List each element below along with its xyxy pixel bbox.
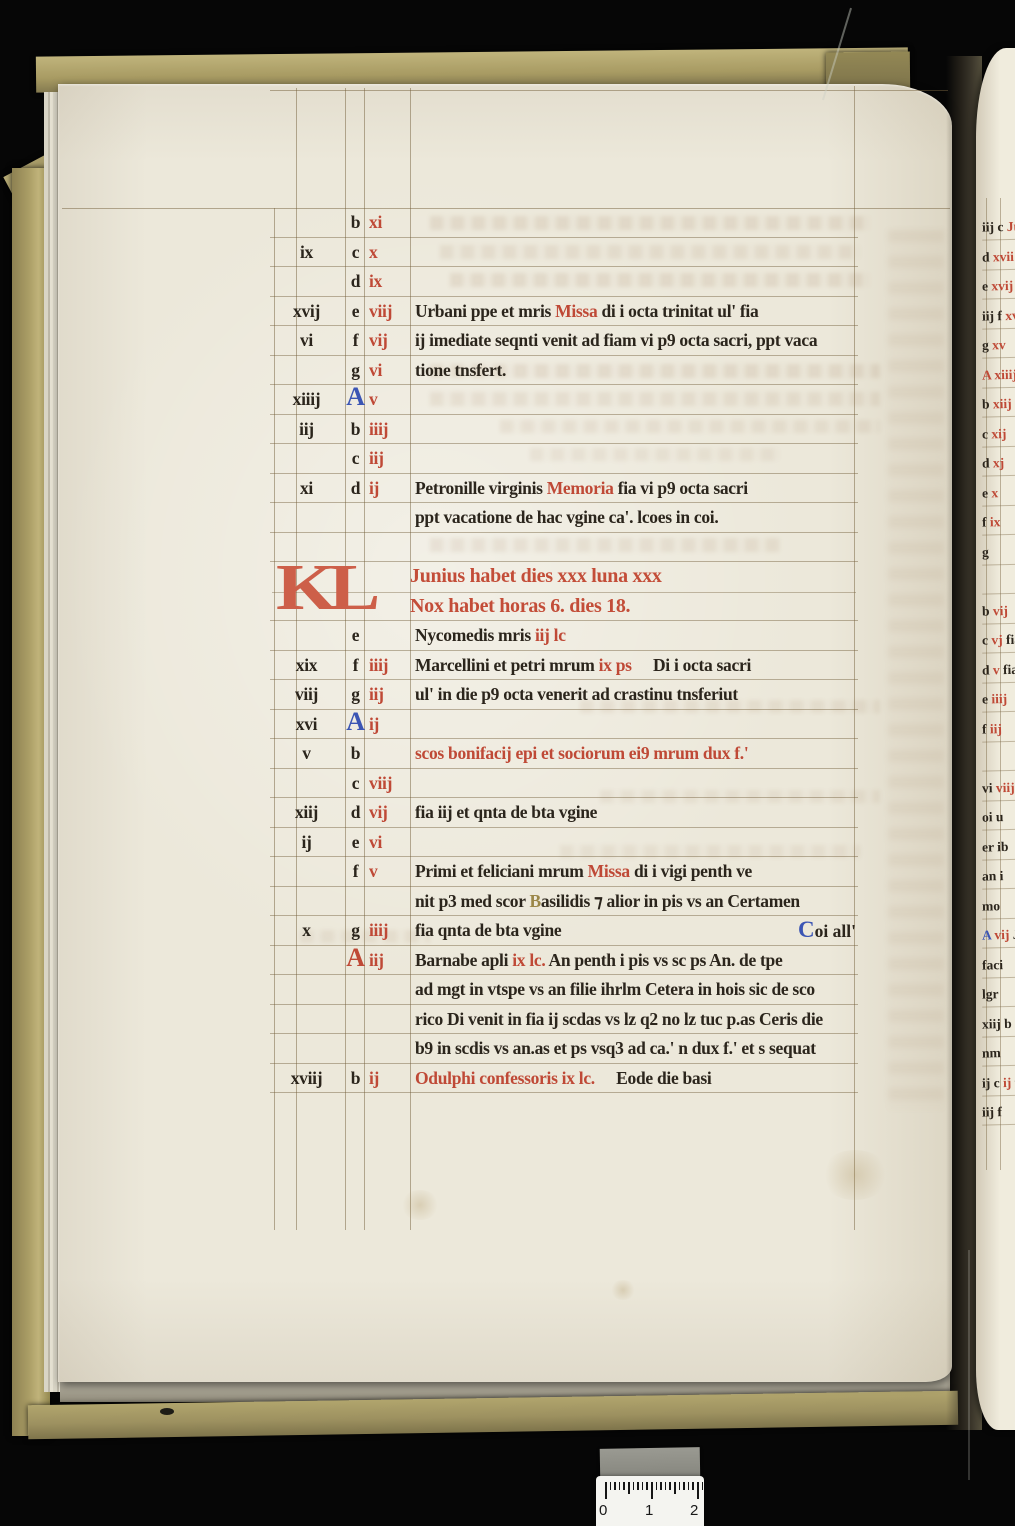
ruler-tick [665,1482,667,1490]
golden-number: v [268,739,345,767]
calendar-text-segment: viij Ma [996,779,1015,795]
calendar-text-segment: oi all' [815,921,856,941]
calendar-text-segment: iij [990,721,1002,736]
ruler-tick [669,1482,671,1490]
calendar-text-segment: Barnabe apli [415,950,512,970]
calendar-row: ciij [268,444,882,474]
dominical-letter: c [345,444,366,472]
dominical-letter: e [345,297,366,325]
dominical-letter: d [345,474,366,502]
calendar-row: xidijPetronille virginis Memoria fia vi … [268,474,882,504]
dominical-letter: d [345,798,366,826]
calendar-text-segment: xj [993,455,1005,470]
calendar-text-segment: B [529,891,540,911]
calendar-text-segment: Petronille virginis [415,478,547,498]
ruler-tick [628,1482,630,1494]
calendar-entry-text: fia iij et qnta de bta vgine [413,798,882,826]
calendar-row: xiijdvijfia iij et qnta de bta vgine [268,798,882,828]
calendar-row: viijgiijul' in die p9 octa venerit ad cr… [268,680,882,710]
calendar-text-segment: xvij [991,278,1013,293]
dominical-letter: c [345,238,366,266]
calendar-row: xviAij [268,710,882,740]
calendar-entry-text: Barnabe apli ix lc. An penth i pis vs sc… [413,946,882,974]
parchment-stain [610,1280,636,1300]
golden-number: vi [268,326,345,354]
kl-heading-row: KLJunius habet dies xxx luna xxxNox habe… [268,562,882,621]
facing-page-row-fragment: vi viij Ma [982,772,1015,803]
calendar-text-segment: ix [990,514,1001,529]
ruler-tick [610,1482,612,1490]
golden-number: ix [268,238,345,266]
calendar-text-segment: fia [999,661,1015,676]
dark-speck [160,1408,174,1415]
month-heading: Junius habet dies xxx luna xxxNox habet … [410,562,662,621]
calendar-text-segment: xiij [993,396,1012,411]
ruler-label-1: 1 [645,1502,653,1519]
ruler-tick [619,1482,621,1490]
facing-page-row-fragment: b xiij [982,388,1015,419]
facing-page-row-fragment: lgr [982,978,1015,1009]
golden-number: iij [268,415,345,443]
calendar-text-segment: faci [982,957,1003,972]
facing-page-row-fragment: A xiiij [982,359,1015,390]
calendar-text-segment: A [982,927,995,942]
dominical-letter: b [345,415,366,443]
dominical-letter: c [345,769,366,797]
ruler-tick [679,1482,681,1490]
calendar-text-segment: xvi [1005,307,1015,322]
calendar-row: nit p3 med scor Basilidis ⁊ alior in pis… [268,887,882,917]
calendar-text-segment: ij imediate seqnti venit ad fiam vi p9 o… [415,330,817,350]
calendar-row: gvitione tnsfert. [268,356,882,386]
ruler-tick [683,1482,685,1490]
ruler-tick [660,1482,662,1490]
dominical-letter: f [345,857,366,885]
calendar-text-segment: fia [1002,632,1015,647]
calendar-entry-text: ij imediate seqnti venit ad fiam vi p9 o… [413,326,882,354]
calendar-text-segment: xv [992,337,1006,352]
calendar-text-segment: ppt vacatione de hac vgine ca'. lcoes in… [415,507,718,527]
roman-day-numeral: vi [366,356,413,384]
dominical-letter: A [345,385,366,409]
facing-page-row-fragment: an i [982,860,1015,891]
calendar-text-segment: Missa [588,861,634,881]
dominical-letter: f [345,326,366,354]
calendar-text-segment: nit p3 med scor [415,891,529,911]
facing-page-row-fragment: f iij [982,713,1015,744]
ruler-ticks [605,1482,703,1502]
calendar-text-segment: asilidis ⁊ alior in pis vs an Certamen [541,891,800,911]
facing-page-row-fragment: A vij Joh [982,919,1015,950]
calendar-text-segment: an i [982,868,1004,883]
photograph-canvas: bxiixcxdixxvijeviijUrbani ppe et mris Mi… [0,0,1015,1526]
facing-page-row-fragment: er ib [982,831,1015,862]
calendar-text-segment: xiij b [982,1015,1015,1031]
calendar-text-segment: Eode die basi [595,1068,712,1088]
calendar-text-segment: vij [994,927,1013,942]
calendar-text-segment: vj [991,632,1003,647]
calendar-row: dix [268,267,882,297]
calendar-text-segment: d [982,249,993,264]
calendar-row: iijbiiij [268,415,882,445]
calendar-text-segment: Odulphi confessoris ix lc. [415,1068,595,1088]
calendar-text-segment: nm [982,1045,1001,1060]
facing-page-row-fragment: xiij b vi Joh [982,1008,1015,1039]
calendar-text-segment: C [798,917,815,942]
roman-day-numeral: ij [366,474,413,502]
calendar-row: bxi [268,208,882,238]
show-through-column [888,230,944,1110]
calendar-row: cviij [268,769,882,799]
calendar-entry-text: Nycomedis mris iij lc [413,621,882,649]
facing-page-row-fragment: mo [982,890,1015,921]
ruling-line [270,90,948,91]
ruler-label-0: 0 [599,1502,607,1519]
calendar-text-segment: xij [991,426,1006,441]
calendar-text-segment: er ib [982,839,1009,855]
facing-page-row-fragment: g xv [982,329,1015,360]
calendar-text-segment: fia iij et qnta de bta vgine [415,802,597,822]
calendar-row: xvijeviijUrbani ppe et mris Missa di i o… [268,297,882,327]
calendar-text-segment: An penth i pis vs sc ps An. de tpe [549,950,783,970]
dominical-letter: g [345,356,366,384]
ruler-tick [702,1482,704,1490]
dominical-letter: b [345,739,366,767]
calendar-row: ixcx [268,238,882,268]
calendar-text-segment: b9 in scdis vs an.as et ps vsq3 ad ca.' … [415,1038,816,1058]
facing-page-row-fragment: iij f xvi [982,300,1015,331]
calendar-text-segment: oi u [982,809,1004,824]
calendar-text-segment: A xiiij [982,366,1015,382]
calendar-text-segment: iij lc [535,625,566,645]
roman-day-numeral: v [366,857,413,885]
calendar-row: xiiijAv [268,385,882,415]
calendar-entry-text: Marcellini et petri mrum ix ps Di i octa… [413,651,882,679]
roman-day-numeral: viij [366,297,413,325]
dominical-letter: b [345,208,366,236]
golden-number: ij [268,828,345,856]
calendar-text-segment: di i vigi penth ve [634,861,752,881]
ruler-tick [637,1482,639,1490]
calendar-text-segment: fia qnta de bta vgine [415,920,561,940]
calendar-text-segment: ix ps [599,655,632,675]
calendar-text-segment: di i octa trinitat ul' fia [601,301,758,321]
calendar-text-segment: iij c [982,219,1007,235]
ruler-tick [697,1482,699,1499]
roman-day-numeral: iij [366,444,413,472]
kl-initial: KL [276,559,372,617]
calendar-text-segment: iiij [991,691,1007,706]
roman-day-numeral: vij [366,326,413,354]
right-margin-note: Coi all' [798,916,856,945]
calendar-text-segment: d [982,662,993,677]
calendar-row: xviijbijOdulphi confessoris ix lc. Eode … [268,1064,882,1094]
calendar-row: ijevi [268,828,882,858]
facing-page-row-fragment: iij c Ju [982,211,1015,242]
dominical-letter: f [345,651,366,679]
calendar-text-segment: rico Di venit in fia ij scdas vs lz q2 n… [415,1009,823,1029]
facing-page-calendar-fragments: iij c Jud xviie xvijiij f xvig xvA xiiij… [982,212,1015,1127]
dominical-letter: d [345,267,366,295]
ruler-label-2: 2 [690,1502,698,1519]
calendar-entry-text: tione tnsfert. [413,356,882,384]
ruler-tick [623,1482,625,1490]
roman-day-numeral: v [366,385,413,413]
ruler-tick [633,1482,635,1490]
roman-day-numeral: iiij [366,651,413,679]
calendar-text-segment: xvii [993,248,1014,263]
dominical-letter: b [345,1064,366,1092]
roman-day-numeral: iij [366,946,413,974]
golden-number: x [268,916,345,944]
golden-number: xix [268,651,345,679]
calendar-entry-text: Odulphi confessoris ix lc. Eode die basi [413,1064,882,1092]
roman-day-numeral: iiij [366,415,413,443]
calendar-text-segment: Ju [1007,219,1015,234]
calendar-text-segment: tione tnsfert. [415,360,506,380]
dominical-letter: A [345,710,366,734]
calendar-row: ppt vacatione de hac vgine ca'. lcoes in… [268,503,882,533]
facing-page-row-fragment: d v fia [982,654,1015,685]
calendar-text-segment: b [982,603,993,618]
calendar-table: bxiixcxdixxvijeviijUrbani ppe et mris Mi… [268,208,882,1093]
facing-page-row-fragment: e x [982,477,1015,508]
roman-day-numeral: xi [366,208,413,236]
roman-day-numeral: x [366,238,413,266]
month-heading-line: Nox habet horas 6. dies 18. [410,592,662,622]
ruler-tick [642,1482,644,1490]
facing-page-row-fragment: d xj [982,447,1015,478]
ruler-body: 0 1 2 [596,1476,704,1526]
facing-page-row-fragment [982,565,1015,596]
dominical-letter: g [345,680,366,708]
ruler-tick [651,1482,653,1499]
calendar-entry-text: nit p3 med scor Basilidis ⁊ alior in pis… [413,887,882,915]
golden-number: xiiij [268,385,345,413]
calendar-entry-text: rico Di venit in fia ij scdas vs lz q2 n… [413,1005,882,1033]
mounting-thread [968,1250,970,1480]
golden-number: xvij [268,297,345,325]
calendar-entry-text: b9 in scdis vs an.as et ps vsq3 ad ca.' … [413,1034,882,1062]
calendar-text-segment: Marcellini et petri mrum [415,655,599,675]
calendar-text-segment: Primi et feliciani mrum [415,861,588,881]
golden-number: viij [268,680,345,708]
calendar-text-segment: iij f [982,1104,1002,1119]
calendar-entry-text: ad mgt in vtspe vs an filie ihrlm Cetera… [413,975,882,1003]
facing-page-row-fragment: iij f [982,1096,1015,1127]
facing-page-row-fragment: faci [982,949,1015,980]
calendar-text-segment: fia vi p9 octa sacri [618,478,748,498]
scale-ruler: 0 1 2 [596,1446,714,1526]
roman-day-numeral: ix [366,267,413,295]
roman-day-numeral: vi [366,828,413,856]
calendar-entry-text: ppt vacatione de hac vgine ca'. lcoes in… [413,503,882,531]
dominical-letter: e [345,828,366,856]
calendar-entry-text: ul' in die p9 octa venerit ad crastinu t… [413,680,882,708]
ruler-tick [605,1482,607,1499]
facing-page-edge: iij c Jud xviie xvijiij f xvig xvA xiiij… [976,48,1015,1430]
facing-page-row-fragment: oi u [982,801,1015,832]
calendar-row: rico Di venit in fia ij scdas vs lz q2 n… [268,1005,882,1035]
parchment-stain [820,1150,890,1200]
roman-day-numeral: vij [366,798,413,826]
calendar-text-segment: g [982,337,992,352]
calendar-text-segment: vij [993,603,1008,618]
calendar-entry-text: scos bonifacij epi et sociorum ei9 mrum … [413,739,882,767]
facing-page-row-fragment: e iiij [982,683,1015,714]
calendar-text-segment: d [982,455,993,470]
calendar-text-segment: ij c [982,1075,1003,1090]
facing-page-row-fragment: b vij [982,595,1015,626]
calendar-text-segment: b [982,396,993,411]
calendar-row: eNycomedis mris iij lc [268,621,882,651]
calendar-entry-text: Petronille virginis Memoria fia vi p9 oc… [413,474,882,502]
parchment-stain [400,1190,440,1220]
facing-page-row-fragment: ij c ij fia [982,1067,1015,1098]
facing-page-row-fragment: d xvii [982,241,1015,272]
calendar-text-segment: g [982,544,989,559]
calendar-text-segment: ix lc. [512,950,548,970]
calendar-row: xgiiijfia qnta de bta vgineCoi all' [268,916,882,946]
ruler-tick [674,1482,676,1494]
facing-page-row-fragment: nm [982,1037,1015,1068]
roman-day-numeral: ij [366,710,413,738]
calendar-row: xixfiiijMarcellini et petri mrum ix ps D… [268,651,882,681]
roman-day-numeral: ij [366,1064,413,1092]
calendar-text-segment: ul' in die p9 octa venerit ad crastinu t… [415,684,738,704]
ruler-tick [656,1482,658,1490]
ruler-tick [692,1482,694,1490]
calendar-text-segment: Missa [555,301,601,321]
golden-number: xviij [268,1064,345,1092]
calendar-text-segment: Nycomedis mris [415,625,535,645]
calendar-row: ad mgt in vtspe vs an filie ihrlm Cetera… [268,975,882,1005]
calendar-row: b9 in scdis vs an.as et ps vsq3 ad ca.' … [268,1034,882,1064]
facing-page-row-fragment [982,742,1015,773]
calendar-row: vifvijij imediate seqnti venit ad fiam v… [268,326,882,356]
dominical-letter: A [345,946,366,970]
golden-number: xvi [268,710,345,738]
golden-number: xiij [268,798,345,826]
roman-day-numeral: iij [366,680,413,708]
calendar-row: fvPrimi et feliciani mrum Missa di i vig… [268,857,882,887]
calendar-text-segment: ad mgt in vtspe vs an filie ihrlm Cetera… [415,979,815,999]
ruler-tick [688,1482,690,1490]
calendar-entry-text: Urbani ppe et mris Missa di i octa trini… [413,297,882,325]
calendar-row: vbscos bonifacij epi et sociorum ei9 mru… [268,739,882,769]
calendar-row: AiijBarnabe apli ix lc. An penth i pis v… [268,946,882,976]
facing-page-row-fragment: g [982,536,1015,567]
ruler-tick [614,1482,616,1490]
facing-page-row-fragment: c xij [982,418,1015,449]
roman-day-numeral: viij [366,769,413,797]
calendar-text-segment: lgr [982,986,999,1001]
ruler-tick [646,1482,648,1490]
month-heading-line: Junius habet dies xxx luna xxx [410,562,662,592]
facing-page-row-fragment: c vj fia [982,624,1015,655]
calendar-text-segment: Urbani ppe et mris [415,301,555,321]
dominical-letter: g [345,916,366,944]
calendar-text-segment: ij [1003,1074,1015,1089]
calendar-entry-text: Primi et feliciani mrum Missa di i vigi … [413,857,882,885]
dominical-letter: e [345,621,366,649]
facing-page-row-fragment: e xvij [982,270,1015,301]
roman-day-numeral: iiij [366,916,413,944]
calendar-text-segment: mo [982,898,1000,913]
calendar-text-segment: Di i octa sacri [632,655,751,675]
facing-page-row-fragment: f ix [982,506,1015,537]
calendar-text-segment: vi [982,780,996,795]
calendar-text-segment: iij f [982,308,1006,323]
calendar-text-segment: x [991,485,998,500]
calendar-text-segment: Memoria [547,478,618,498]
calendar-text-segment: scos bonifacij epi et sociorum ei9 mrum … [415,743,748,763]
golden-number: xi [268,474,345,502]
